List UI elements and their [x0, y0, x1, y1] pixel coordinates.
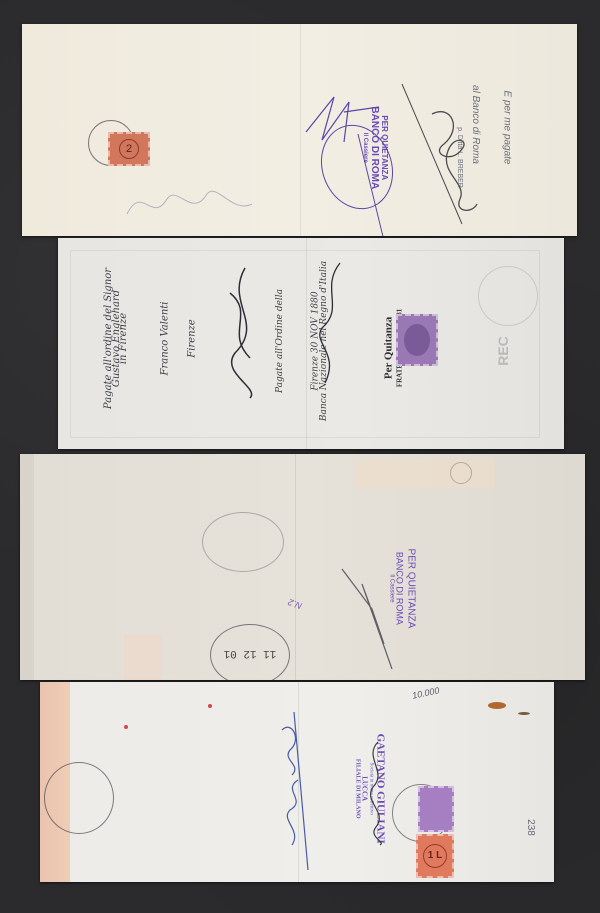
- page-number: 238: [525, 819, 536, 836]
- pencil-stroke: [342, 564, 402, 674]
- rust-mark: [488, 702, 506, 709]
- document-1: E per me pagate al Banco di Roma p. Ditt…: [22, 24, 577, 236]
- label-patch-2: [124, 634, 162, 680]
- stamp-line-1: PER QUIETANZA: [405, 548, 417, 628]
- handwritten-line-3: in Firenze: [118, 313, 129, 364]
- document-4: GAETANO GIULIANI Società in nome collett…: [40, 682, 554, 882]
- blue-handwriting: [272, 710, 322, 880]
- signature: [392, 74, 512, 234]
- postmark-date: 11 12 01: [211, 647, 289, 659]
- torn-edge: [20, 454, 34, 680]
- document-border: [70, 250, 540, 438]
- portrait-stamp: [396, 314, 438, 366]
- signature: [358, 737, 398, 847]
- circular-postmark: [44, 762, 114, 834]
- red-mark: [208, 704, 212, 708]
- fold-line: [300, 24, 301, 236]
- purple-line: [358, 134, 398, 236]
- handwritten-line-4: Franco Valenti: [159, 302, 170, 376]
- rust-mark: [518, 712, 530, 715]
- stamp-denomination: 2: [119, 139, 139, 159]
- circular-postmark: [202, 512, 284, 572]
- endorsement-line-1: Pagate all'Ordine della: [275, 289, 285, 393]
- endorsement-signature: [310, 258, 350, 388]
- fold-line: [295, 454, 296, 680]
- lilac-stamp: [418, 786, 454, 832]
- signature-flourish: [220, 263, 270, 403]
- handwritten-line-5: Firenze: [187, 319, 198, 357]
- document-3: 11 12 01 N.2 PER QUIETANZA BANCO DI ROMA…: [20, 454, 585, 680]
- red-mark: [124, 725, 128, 729]
- handwritten-mark: N.2: [287, 597, 304, 611]
- faint-signature: [122, 174, 262, 234]
- oval-postmark: 11 12 01: [210, 624, 290, 680]
- portrait-oval: [404, 324, 430, 356]
- red-stamp: 1 L: [416, 834, 454, 878]
- stamp-denomination: 1 L: [423, 844, 447, 868]
- monogram-icon: [450, 462, 472, 484]
- faint-print-text: REC: [495, 336, 511, 366]
- faint-postmark: [478, 266, 538, 326]
- revenue-stamp: 2: [108, 132, 150, 166]
- pencil-note: 10.000: [411, 685, 440, 701]
- label-patch: [355, 460, 495, 488]
- stamp-line-1: Per Quitanza: [382, 309, 395, 387]
- document-2: Pagate all'ordine del Signor Gustavo Eng…: [58, 238, 564, 449]
